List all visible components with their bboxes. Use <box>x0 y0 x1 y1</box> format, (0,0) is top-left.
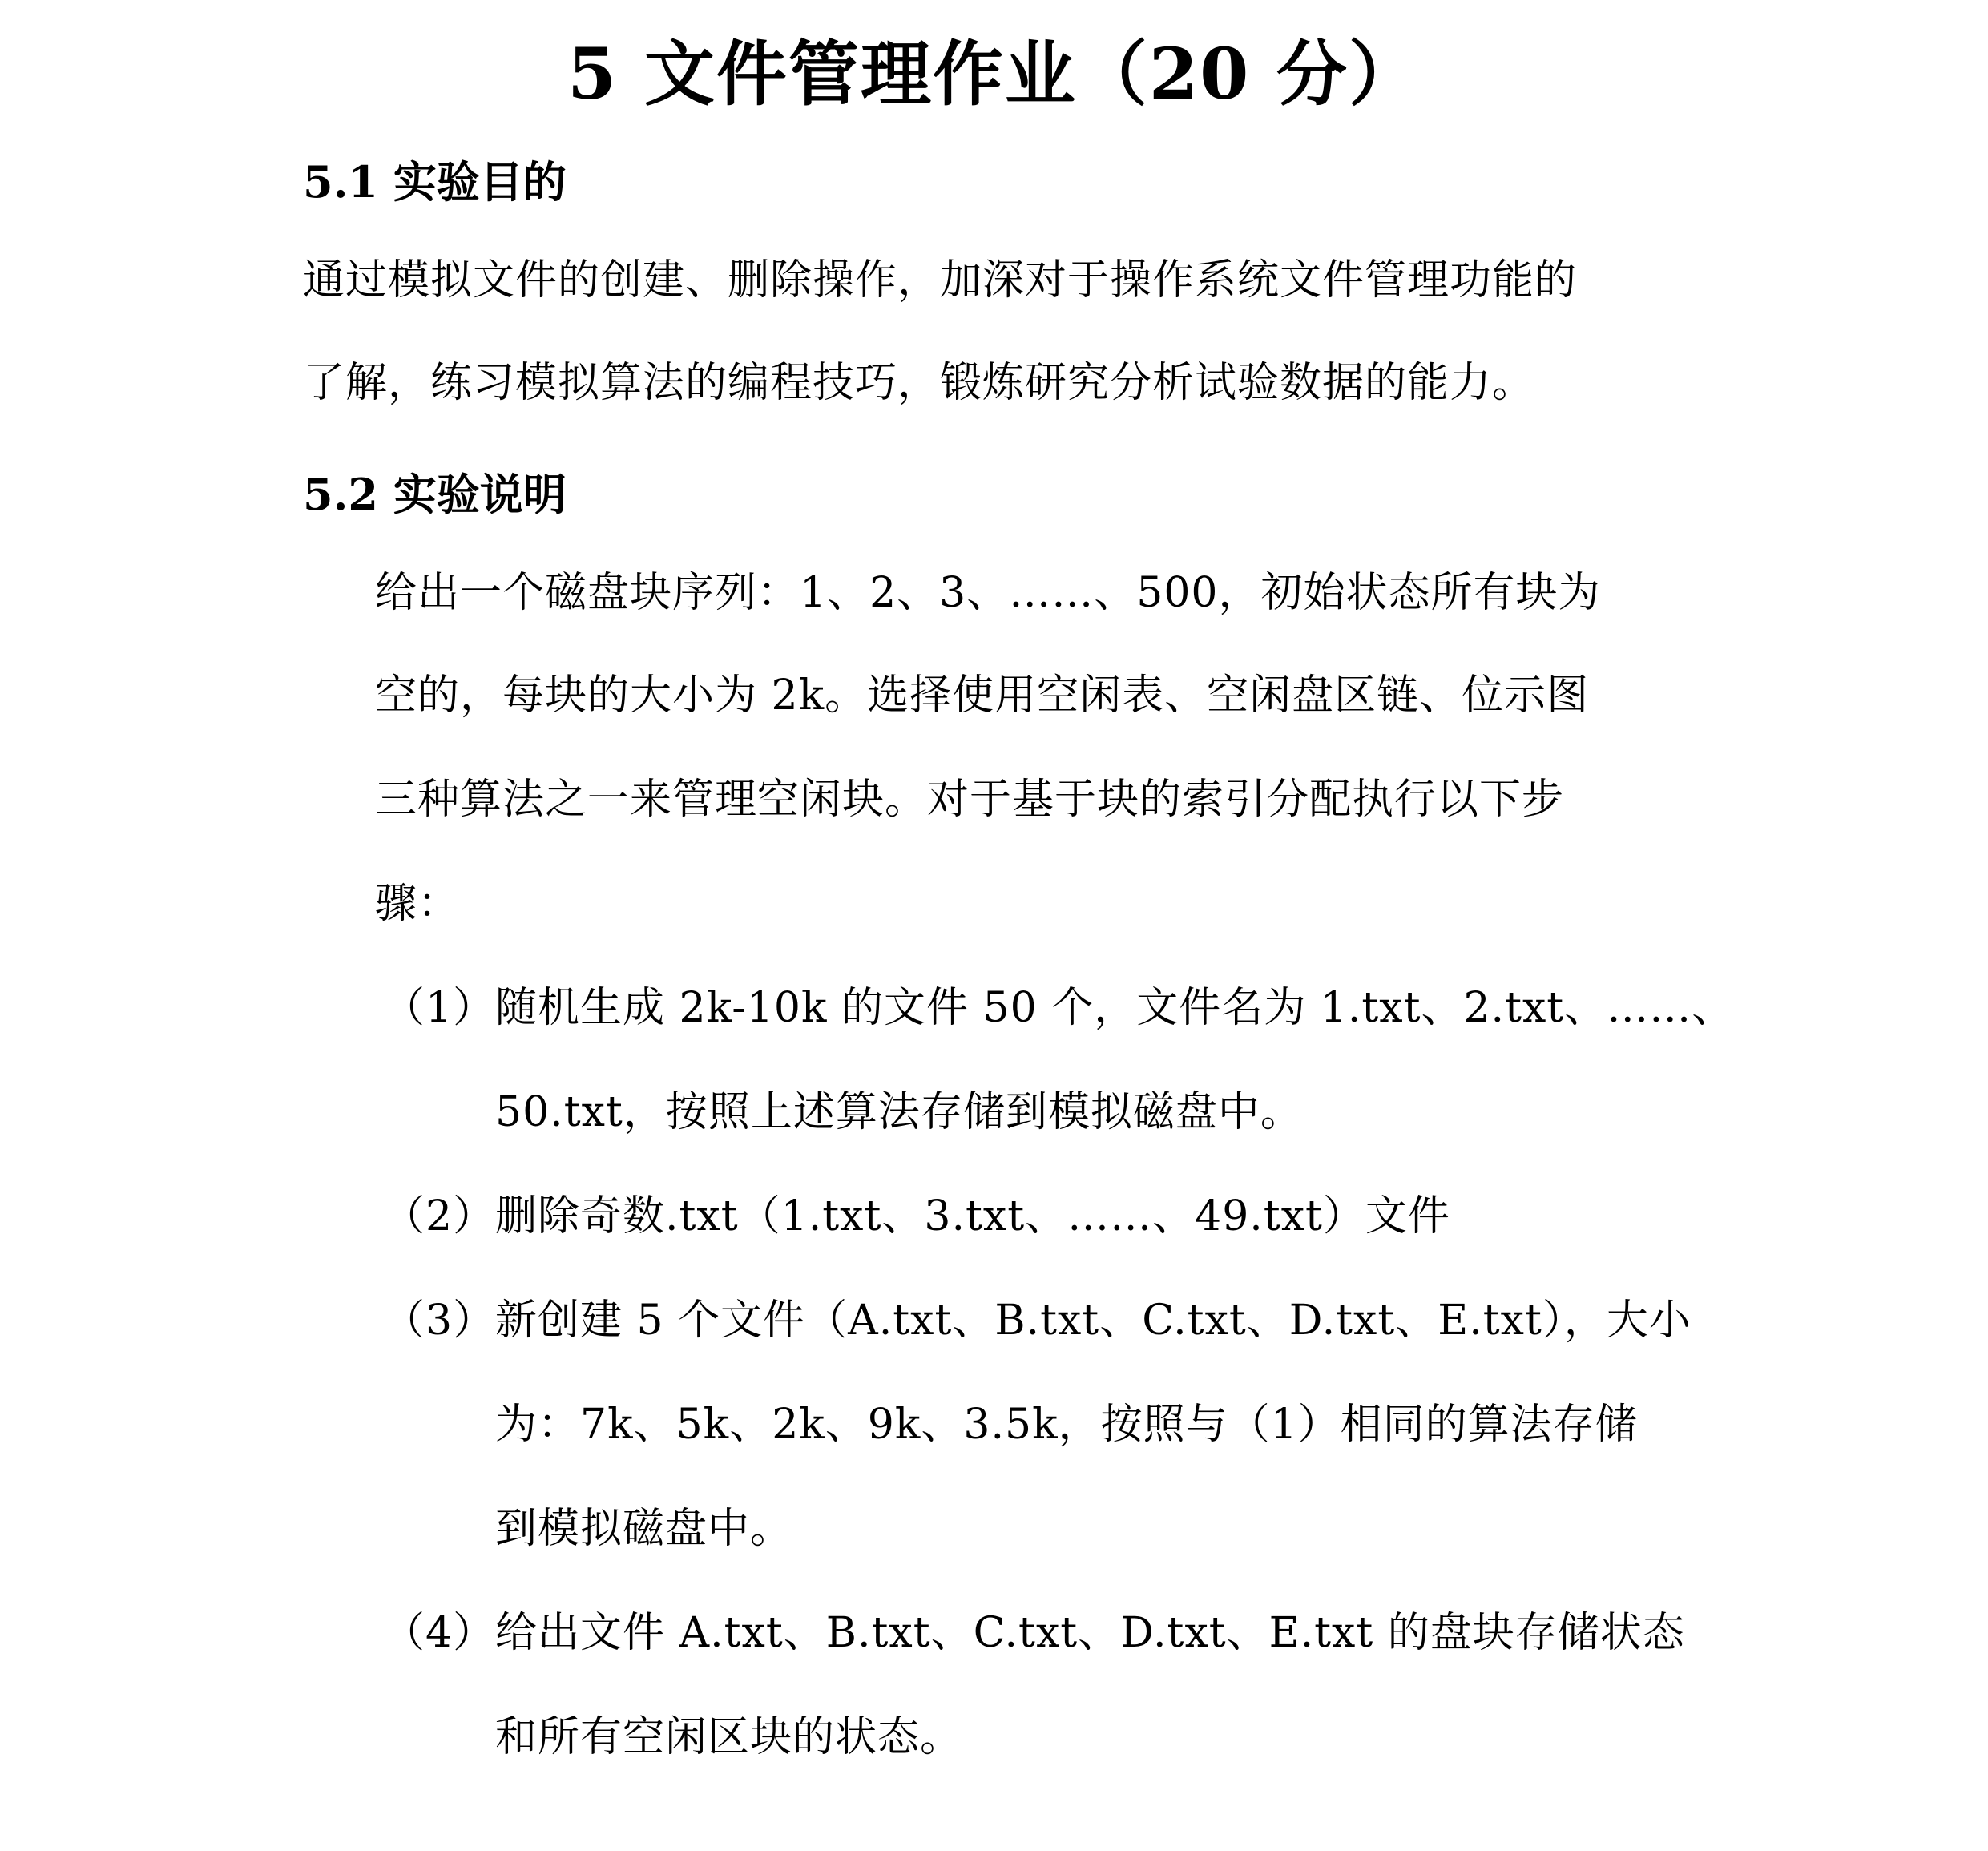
step-label: （1） <box>383 987 495 1029</box>
page-title: 5 文件管理作业（20 分） <box>0 38 1988 109</box>
step-label: （2） <box>383 1196 495 1237</box>
section-heading-5-2: 5.2 实验说明 <box>303 473 567 516</box>
paragraph-line: 骤： <box>375 883 460 925</box>
step-text: 删除奇数.txt（1.txt、3.txt、……、49.txt）文件 <box>495 1196 1450 1237</box>
step-text: 50.txt，按照上述算法存储到模拟磁盘中。 <box>495 1091 1303 1133</box>
paragraph-line: 空的，每块的大小为 2k。选择使用空闲表、空闲盘区链、位示图 <box>375 675 1589 716</box>
paragraph-line: 三种算法之一来管理空闲块。对于基于块的索引分配执行以下步 <box>375 779 1564 821</box>
step-text: 为：7k、5k、2k、9k、3.5k，按照与（1）相同的算法存储 <box>495 1404 1638 1446</box>
section-heading-5-1: 5.1 实验目的 <box>303 160 567 204</box>
paragraph-line: 通过模拟文件的创建、删除操作，加深对于操作系统文件管理功能的 <box>303 260 1577 301</box>
step-text: 到模拟磁盘中。 <box>495 1508 792 1550</box>
paragraph-line: 了解，练习模拟算法的编程技巧，锻炼研究分析试验数据的能力。 <box>303 362 1534 404</box>
step-label: （3） <box>383 1300 495 1341</box>
step-text: 随机生成 2k-10k 的文件 50 个，文件名为 1.txt、2.txt、……… <box>495 987 1734 1029</box>
step-text: 新创建 5 个文件（A.txt、B.txt、C.txt、D.txt、E.txt）… <box>495 1300 1692 1341</box>
paragraph-line: 给出一个磁盘块序列：1、2、3、……、500，初始状态所有块为 <box>375 572 1601 614</box>
step-label: （4） <box>383 1612 495 1654</box>
step-text: 和所有空闲区块的状态。 <box>495 1716 962 1758</box>
step-text: 给出文件 A.txt、B.txt、C.txt、D.txt、E.txt 的盘块存储… <box>495 1612 1685 1654</box>
